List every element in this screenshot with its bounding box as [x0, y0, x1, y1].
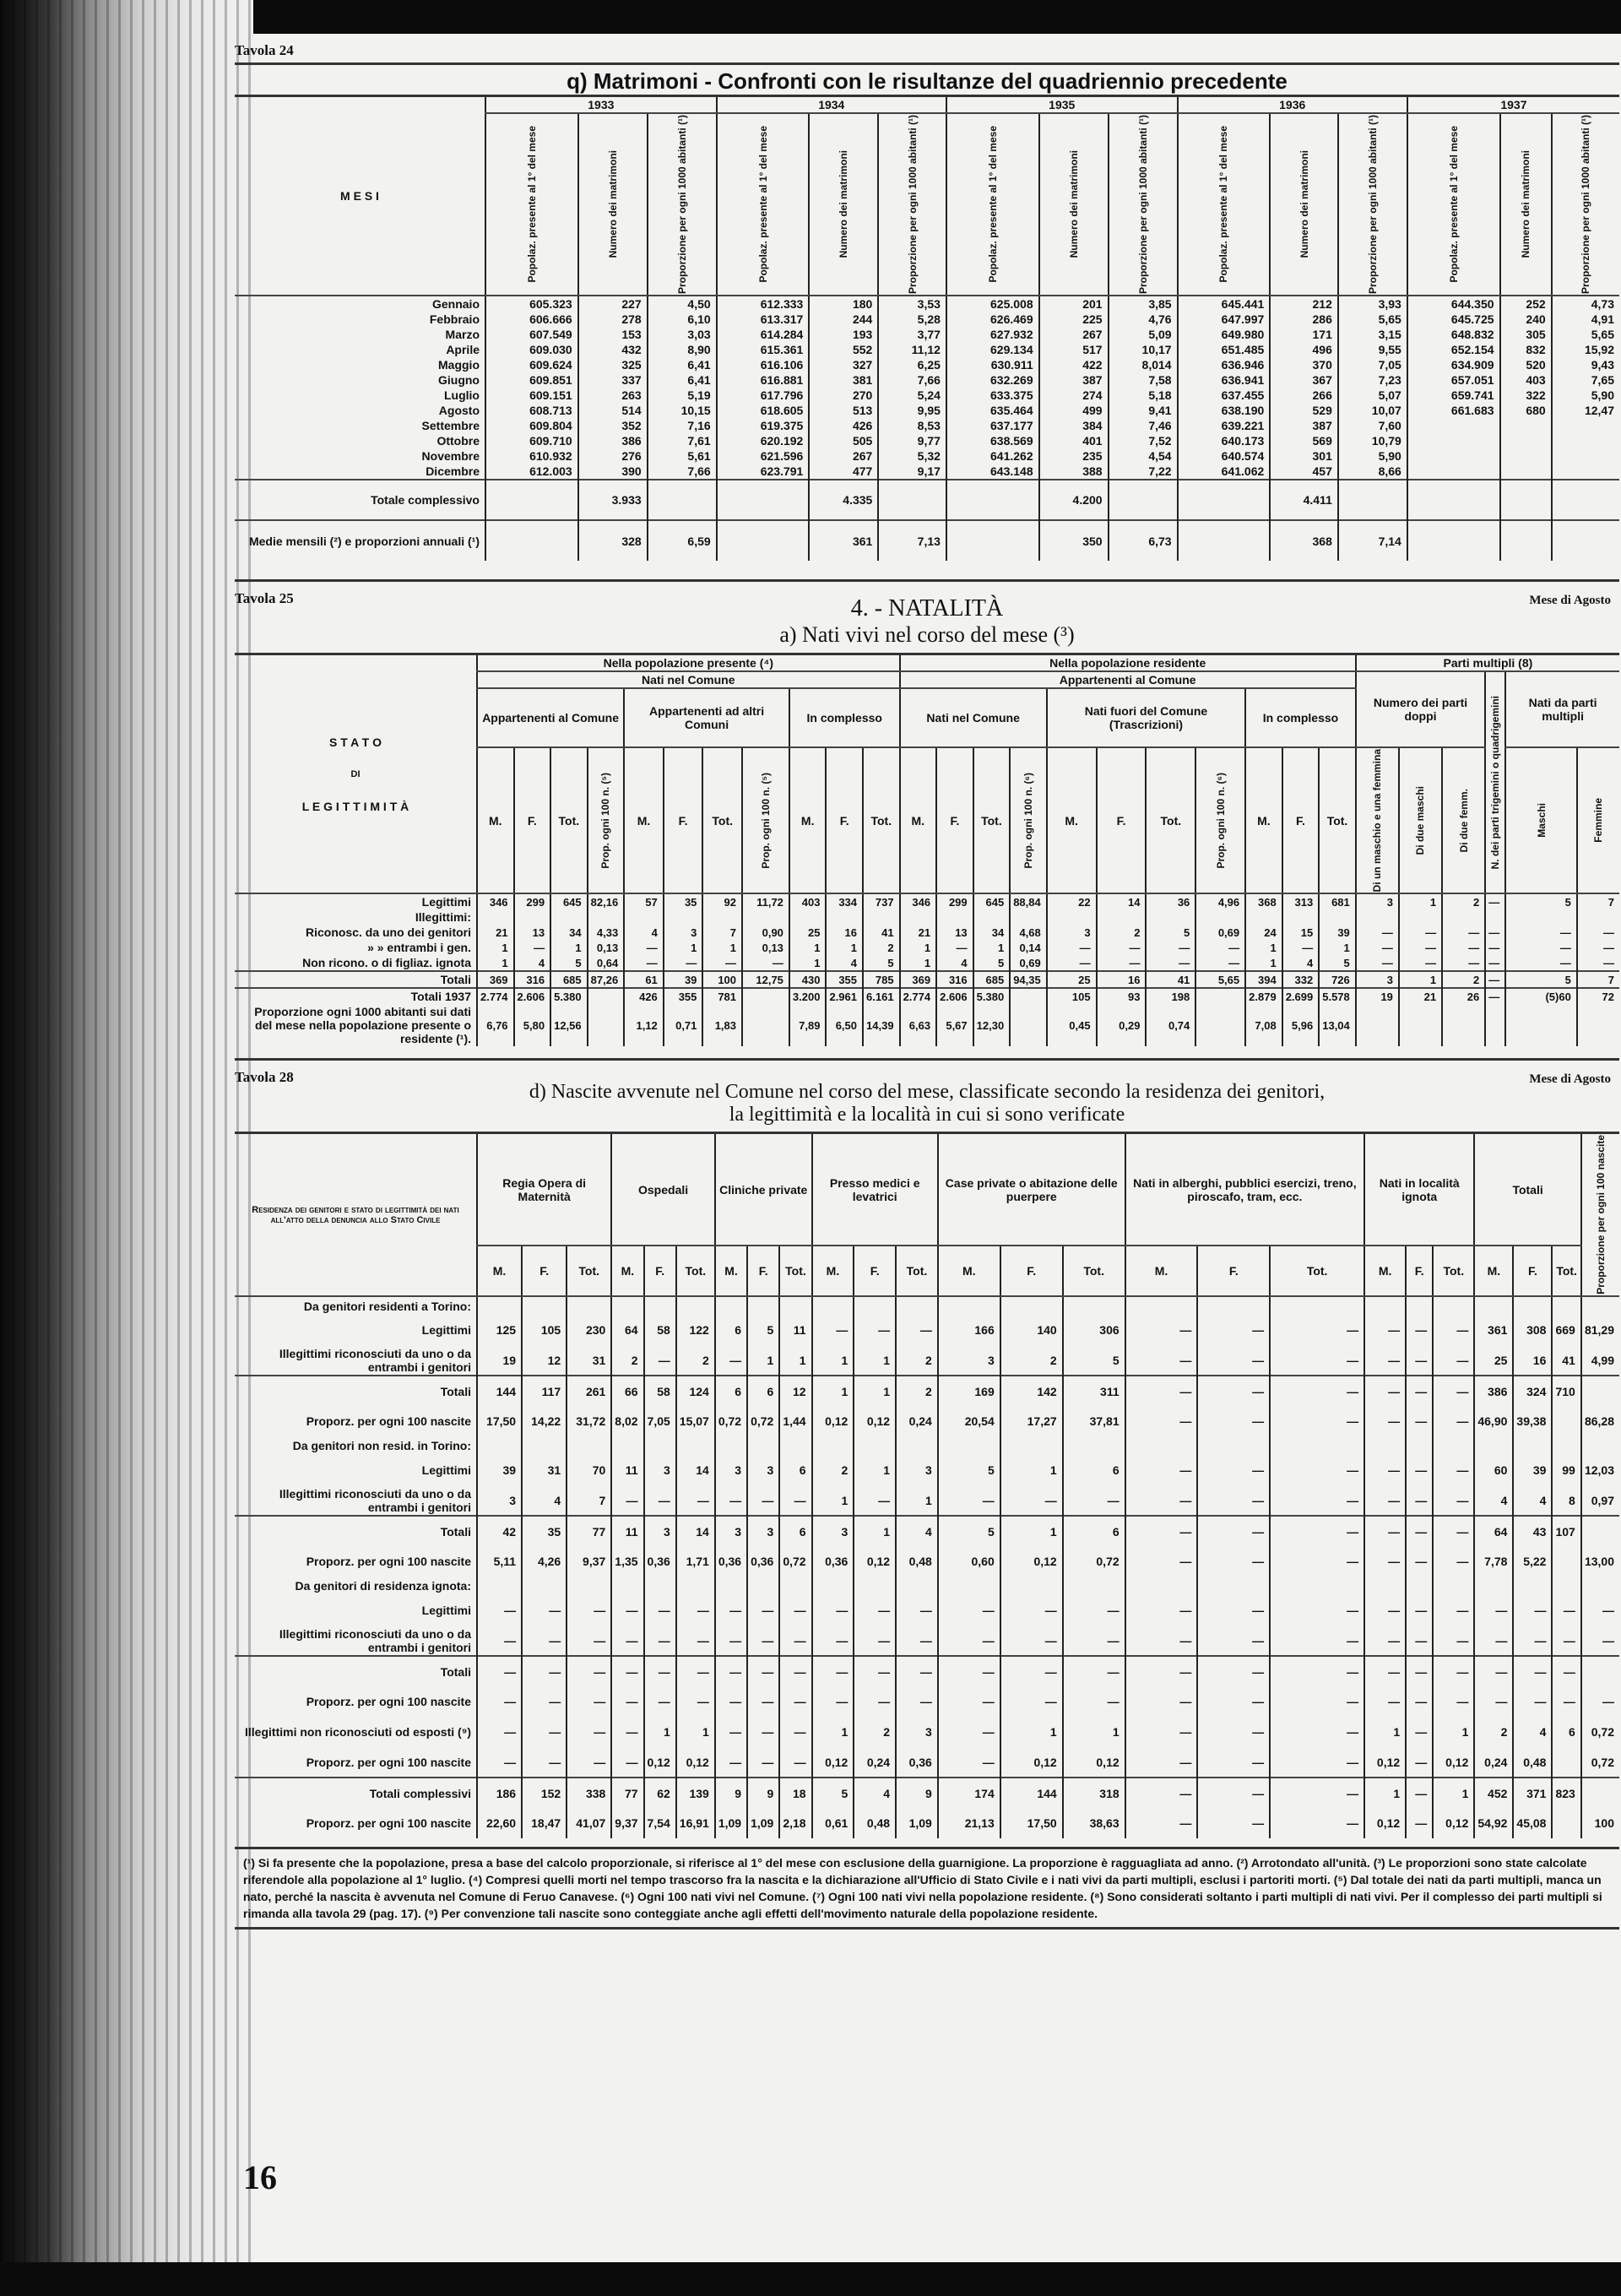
cell: — — [1364, 1686, 1406, 1717]
cell: — — [938, 1626, 1000, 1656]
cell: 1 — [477, 955, 514, 971]
cell: 422 — [1039, 357, 1109, 372]
cell: 4 — [1282, 955, 1320, 971]
cell: 5,09 — [1109, 327, 1178, 342]
cell: — — [676, 1686, 715, 1717]
cell: 266 — [1270, 388, 1338, 403]
cell: — — [747, 1485, 779, 1516]
row-label: Non ricono. o di figliaz. ignota — [235, 955, 477, 971]
cell: 2 — [896, 1345, 938, 1376]
marriages-table: M E S I 1933 1934 1935 1936 1937 Popolaz… — [235, 95, 1619, 561]
cell — [485, 520, 578, 561]
table-row: Settembre609.8043527,16619.3754268,53637… — [235, 418, 1619, 433]
cell: 14 — [676, 1455, 715, 1485]
cell: 620.192 — [717, 433, 810, 448]
cell: 637.177 — [946, 418, 1039, 433]
cell: 230 — [567, 1315, 611, 1345]
cell — [1178, 480, 1271, 520]
cell — [1063, 1436, 1125, 1455]
cell: 3 — [477, 1485, 522, 1516]
cell: 641.262 — [946, 448, 1039, 464]
cell: — — [1552, 1595, 1580, 1626]
cell: — — [1125, 1686, 1198, 1717]
cell: — — [624, 940, 664, 955]
col-header: Prop. ogni 100 n. (⁶) — [1195, 747, 1245, 893]
row-label: Da genitori non resid. in Torino: — [235, 1436, 477, 1455]
cell: — — [936, 940, 973, 955]
cell: 644.350 — [1407, 296, 1500, 312]
cell: 144 — [1000, 1778, 1063, 1808]
cell: — — [611, 1747, 643, 1778]
cell: 9,41 — [1109, 403, 1178, 418]
cell: 3 — [896, 1717, 938, 1747]
cell: 25 — [1474, 1345, 1513, 1376]
cell: 12,30 — [973, 1004, 1011, 1046]
cell — [588, 1004, 625, 1046]
cell: — — [1125, 1626, 1198, 1656]
cell — [676, 1577, 715, 1595]
cell: 369 — [900, 971, 937, 988]
cell: 609.030 — [485, 342, 578, 357]
cell: 58 — [644, 1376, 676, 1406]
cell: 31,72 — [567, 1406, 611, 1436]
cell: 0,72 — [1581, 1747, 1619, 1778]
cell: 4,54 — [1109, 448, 1178, 464]
group-header: Totali — [1474, 1133, 1580, 1246]
cell: — — [938, 1595, 1000, 1626]
table-row: Legittimi34629964582,1657359211,72403334… — [235, 893, 1619, 909]
cell: — — [1125, 1595, 1198, 1626]
cell: 614.284 — [717, 327, 810, 342]
cell: 394 — [1245, 971, 1282, 988]
cell: — — [1442, 940, 1485, 955]
row-label: Proporzione ogni 1000 abitanti sui dati … — [235, 1004, 477, 1046]
cell: 4 — [1474, 1485, 1513, 1516]
cell: 7,58 — [1109, 372, 1178, 388]
cell: 5 — [812, 1778, 854, 1808]
col-header: Tot. — [896, 1246, 938, 1296]
cell: 8,53 — [878, 418, 946, 433]
cell — [946, 520, 1039, 561]
cell: — — [1581, 1595, 1619, 1626]
cell: 520 — [1500, 357, 1552, 372]
cell: 17,50 — [1000, 1808, 1063, 1838]
cell — [779, 1436, 811, 1455]
cell: 16 — [1513, 1345, 1552, 1376]
cell: — — [1197, 1315, 1270, 1345]
cell: 5.380 — [973, 988, 1011, 1004]
cell — [1197, 1577, 1270, 1595]
cell: 669 — [1552, 1315, 1580, 1345]
month-label: Settembre — [235, 418, 485, 433]
cell: 274 — [1039, 388, 1109, 403]
cell: 606.666 — [485, 312, 578, 327]
cell: 1,09 — [715, 1808, 747, 1838]
cell — [1577, 909, 1619, 925]
cell: 6.161 — [863, 988, 900, 1004]
cell: 0,69 — [1010, 955, 1047, 971]
cell: 370 — [1270, 357, 1338, 372]
cell: 367 — [1270, 372, 1338, 388]
cell — [644, 1436, 676, 1455]
cell: — — [676, 1595, 715, 1626]
cell: — — [1505, 955, 1577, 971]
cell: 9,37 — [611, 1808, 643, 1838]
cell: 316 — [514, 971, 551, 988]
col-header: M. — [715, 1246, 747, 1296]
cell: 186 — [477, 1778, 522, 1808]
cell: 9 — [715, 1778, 747, 1808]
month-label: Maggio — [235, 357, 485, 372]
month-label: Aprile — [235, 342, 485, 357]
cell: 0,61 — [812, 1808, 854, 1838]
cell: — — [1577, 925, 1619, 940]
cell: 5,24 — [878, 388, 946, 403]
cell: 7,78 — [1474, 1546, 1513, 1577]
cell: 122 — [676, 1315, 715, 1345]
cell: 64 — [611, 1315, 643, 1345]
cell: 139 — [676, 1778, 715, 1808]
cell — [1364, 1296, 1406, 1315]
cell — [477, 1436, 522, 1455]
cell: 0,12 — [1433, 1808, 1474, 1838]
cell — [1399, 909, 1442, 925]
cell: 5,96 — [1282, 1004, 1320, 1046]
col-header: Tot. — [779, 1246, 811, 1296]
cell — [938, 1436, 1000, 1455]
cell: 21,13 — [938, 1808, 1000, 1838]
cell: — — [1195, 955, 1245, 971]
cell: 612.333 — [717, 296, 810, 312]
cell: — — [1433, 1626, 1474, 1656]
cell: 152 — [522, 1778, 567, 1808]
col-header: Tot. — [1552, 1246, 1580, 1296]
cell: 0,36 — [747, 1546, 779, 1577]
cell: — — [1406, 1808, 1433, 1838]
cell: 6,25 — [878, 357, 946, 372]
table-row: Legittimi————————————————————————— — [235, 1595, 1619, 1626]
cell: 6,10 — [648, 312, 717, 327]
col-header: Proporzione per ogni 1000 abitanti (¹) — [1552, 113, 1619, 296]
cell: — — [1197, 1516, 1270, 1546]
cell: 240 — [1500, 312, 1552, 327]
cell: 9,37 — [567, 1546, 611, 1577]
cell: 11 — [611, 1455, 643, 1485]
cell: 86,28 — [1581, 1406, 1619, 1436]
cell — [1125, 1296, 1198, 1315]
cell — [1552, 433, 1619, 448]
month-label: Mese di Agosto — [1529, 594, 1611, 608]
cell: 384 — [1039, 418, 1109, 433]
cell: 5,28 — [878, 312, 946, 327]
cell: 58 — [644, 1315, 676, 1345]
cell — [1474, 1577, 1513, 1595]
cell: 43 — [1513, 1516, 1552, 1546]
row-label: Proporz. per ogni 100 nascite — [235, 1546, 477, 1577]
cell: — — [1406, 1485, 1433, 1516]
cell: — — [1474, 1686, 1513, 1717]
cell: 252 — [1500, 296, 1552, 312]
cell: 2 — [611, 1345, 643, 1376]
cell: 12 — [522, 1345, 567, 1376]
col-header: F. — [514, 747, 551, 893]
table-row: Totali 19372.7742.6065.3804263557813.200… — [235, 988, 1619, 1004]
cell — [715, 1436, 747, 1455]
cell: 609.804 — [485, 418, 578, 433]
cell: 3 — [1047, 925, 1097, 940]
cell: 1 — [789, 955, 827, 971]
cell: 4,50 — [648, 296, 717, 312]
cell: 174 — [938, 1778, 1000, 1808]
cell: — — [1125, 1406, 1198, 1436]
cell: 8,014 — [1109, 357, 1178, 372]
cell: 6,59 — [648, 520, 717, 561]
cell: — — [1399, 925, 1442, 940]
cell — [1513, 1296, 1552, 1315]
cell: 726 — [1319, 971, 1356, 988]
cell: — — [1125, 1808, 1198, 1838]
group-header: Appartenenti al Comune — [900, 671, 1356, 688]
cell: 305 — [1500, 327, 1552, 342]
cell: — — [1270, 1778, 1364, 1808]
cell: — — [1197, 1485, 1270, 1516]
cell — [1356, 909, 1399, 925]
col-header: Proporzione per ogni 1000 abitanti (¹) — [1109, 113, 1178, 296]
cell: 140 — [1000, 1315, 1063, 1345]
cell: 403 — [1500, 372, 1552, 388]
cell — [779, 1296, 811, 1315]
cell: — — [1513, 1595, 1552, 1626]
table-row: Proporz. per ogni 100 nascite————0,120,1… — [235, 1747, 1619, 1778]
cell: — — [567, 1626, 611, 1656]
cell: 235 — [1039, 448, 1109, 464]
cell: 657.051 — [1407, 372, 1500, 388]
cell: — — [702, 955, 742, 971]
cell: 60 — [1474, 1455, 1513, 1485]
cell — [550, 909, 588, 925]
cell — [1500, 418, 1552, 433]
cell: 5,32 — [878, 448, 946, 464]
cell — [676, 1436, 715, 1455]
cell: 92 — [702, 893, 742, 909]
legitimacy-header: S T A T O DI L E G I T T I M I T À — [235, 654, 477, 894]
cell: — — [1513, 1626, 1552, 1656]
row-label: » » entrambi i gen. — [235, 940, 477, 955]
cell: 617.796 — [717, 388, 810, 403]
cell: 5,19 — [648, 388, 717, 403]
col-header: Tot. — [1319, 747, 1356, 893]
row-label: Totali — [235, 971, 477, 988]
cell: 386 — [578, 433, 648, 448]
footnotes: (¹) Si fa presente che la popolazione, p… — [235, 1847, 1619, 1930]
cell: 426 — [624, 988, 664, 1004]
cell: 3,85 — [1109, 296, 1178, 312]
cell — [1010, 1004, 1047, 1046]
cell — [789, 909, 827, 925]
cell: 1 — [1433, 1778, 1474, 1808]
cell — [936, 909, 973, 925]
cell: — — [812, 1315, 854, 1345]
cell: 13 — [936, 925, 973, 940]
cell: 7 — [702, 925, 742, 940]
cell: — — [1552, 1656, 1580, 1686]
cell: — — [1581, 1626, 1619, 1656]
table-row: Luglio609.1512635,19617.7962705,24633.37… — [235, 388, 1619, 403]
cell: 11,12 — [878, 342, 946, 357]
col-header: M. — [477, 747, 514, 893]
cell: — — [938, 1656, 1000, 1686]
cell: 1 — [973, 940, 1011, 955]
cell — [1552, 1747, 1580, 1778]
row-label: Proporz. per ogni 100 nascite — [235, 1747, 477, 1778]
cell: 2,18 — [779, 1808, 811, 1838]
cell: 616.881 — [717, 372, 810, 388]
col-header: F. — [936, 747, 973, 893]
cell: 3 — [747, 1516, 779, 1546]
cell — [1282, 909, 1320, 925]
cell: 0,60 — [938, 1546, 1000, 1577]
cell: 361 — [809, 520, 878, 561]
cell: 124 — [676, 1376, 715, 1406]
cell: 3 — [644, 1516, 676, 1546]
cell: 1 — [747, 1345, 779, 1376]
cell — [522, 1436, 567, 1455]
cell: 0,12 — [1063, 1747, 1125, 1778]
cell — [1125, 1577, 1198, 1595]
cell: 680 — [1500, 403, 1552, 418]
cell: — — [1125, 1717, 1198, 1747]
cell: 823 — [1552, 1778, 1580, 1808]
cell — [1245, 909, 1282, 925]
cell: 22 — [1047, 893, 1097, 909]
cell: 18 — [779, 1778, 811, 1808]
cell: 94,35 — [1010, 971, 1047, 988]
group-header: Numero dei parti doppi — [1356, 671, 1485, 747]
cell: — — [896, 1626, 938, 1656]
table-row: Proporz. per ogni 100 nascite17,5014,223… — [235, 1406, 1619, 1436]
cell — [1552, 1406, 1580, 1436]
cell — [1146, 909, 1195, 925]
cell: 1 — [812, 1717, 854, 1747]
cell: 15,07 — [676, 1406, 715, 1436]
cell: 1 — [1364, 1778, 1406, 1808]
cell: — — [1485, 925, 1505, 940]
cell — [1407, 448, 1500, 464]
cell: 0,29 — [1097, 1004, 1147, 1046]
col-header: Tot. — [973, 747, 1011, 893]
cell — [1338, 480, 1407, 520]
table-row: Giugno609.8513376,41616.8813817,66632.26… — [235, 372, 1619, 388]
cell: 6 — [747, 1376, 779, 1406]
cell: 212 — [1270, 296, 1338, 312]
cell: — — [611, 1485, 643, 1516]
cell — [1406, 1577, 1433, 1595]
cell — [1407, 464, 1500, 480]
cell: 81,29 — [1581, 1315, 1619, 1345]
cell: 1 — [1000, 1717, 1063, 1747]
cell: — — [896, 1656, 938, 1686]
cell: 355 — [664, 988, 703, 1004]
scan-bottom-border — [0, 2262, 1621, 2296]
cell: 3 — [715, 1516, 747, 1546]
group-header: Cliniche private — [715, 1133, 812, 1246]
cell — [1406, 1296, 1433, 1315]
cell: 4 — [514, 955, 551, 971]
cell: 117 — [522, 1376, 567, 1406]
cell: 609.851 — [485, 372, 578, 388]
cell: — — [477, 1626, 522, 1656]
cell: 19 — [1356, 988, 1399, 1004]
cell: 607.549 — [485, 327, 578, 342]
cell: 5 — [1505, 893, 1577, 909]
cell: — — [1146, 955, 1195, 971]
row-label: Totali 1937 — [235, 988, 477, 1004]
cell: 31 — [522, 1455, 567, 1485]
table-row: Aprile609.0304328,90615.36155211,12629.1… — [235, 342, 1619, 357]
cell — [1513, 1436, 1552, 1455]
tavola-24: Tavola 24 q) Matrimoni - Confronti con l… — [235, 42, 1619, 561]
col-header: Tot. — [676, 1246, 715, 1296]
cell — [1047, 909, 1097, 925]
cell — [477, 909, 514, 925]
cell — [1500, 448, 1552, 464]
cell: 4,91 — [1552, 312, 1619, 327]
cell: 5.578 — [1319, 988, 1356, 1004]
cell: — — [1406, 1546, 1433, 1577]
cell — [1356, 1004, 1399, 1046]
cell: 301 — [1270, 448, 1338, 464]
table-row: Totali———————————————————————— — [235, 1656, 1619, 1686]
cell: 12,47 — [1552, 403, 1619, 418]
cell: 1 — [812, 1485, 854, 1516]
cell: 1 — [1063, 1717, 1125, 1747]
cell: 13,04 — [1319, 1004, 1356, 1046]
cell: 180 — [809, 296, 878, 312]
cell: 3 — [747, 1455, 779, 1485]
cell: 346 — [900, 893, 937, 909]
cell: 270 — [809, 388, 878, 403]
cell: — — [1270, 1345, 1364, 1376]
cell: — — [779, 1656, 811, 1686]
cell: 41 — [863, 925, 900, 940]
cell — [1407, 418, 1500, 433]
cell — [1552, 448, 1619, 464]
cell: 6,76 — [477, 1004, 514, 1046]
cell: 3 — [896, 1455, 938, 1485]
cell: 2.699 — [1282, 988, 1320, 1004]
cell: 647.997 — [1178, 312, 1271, 327]
cell: — — [1270, 1595, 1364, 1626]
cell: 0,74 — [1146, 1004, 1195, 1046]
col-header: M. — [900, 747, 937, 893]
cell: 5 — [747, 1315, 779, 1345]
cell — [1500, 464, 1552, 480]
cell: 57 — [624, 893, 664, 909]
cell — [854, 1436, 896, 1455]
cell: — — [1364, 1406, 1406, 1436]
cell: 1 — [1364, 1717, 1406, 1747]
cell: 3 — [644, 1455, 676, 1485]
cell: 267 — [809, 448, 878, 464]
residence-header: Residenza dei genitori e stato di legitt… — [235, 1133, 477, 1296]
cell — [715, 1296, 747, 1315]
cell: 7,66 — [878, 372, 946, 388]
cell: 477 — [809, 464, 878, 480]
cell: — — [1581, 1686, 1619, 1717]
page-content: Tavola 24 q) Matrimoni - Confronti con l… — [235, 42, 1619, 1930]
cell: 278 — [578, 312, 648, 327]
cell: — — [477, 1595, 522, 1626]
